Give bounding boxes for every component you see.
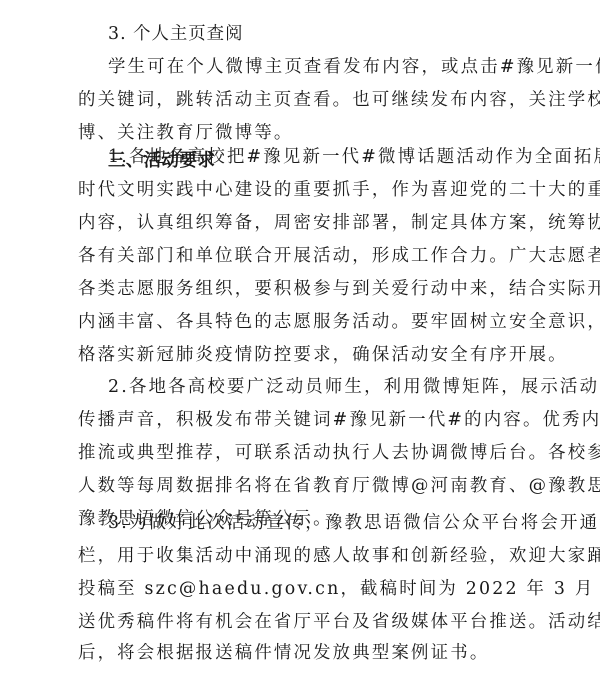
- requirement-3-block: [0, 0, 600, 673]
